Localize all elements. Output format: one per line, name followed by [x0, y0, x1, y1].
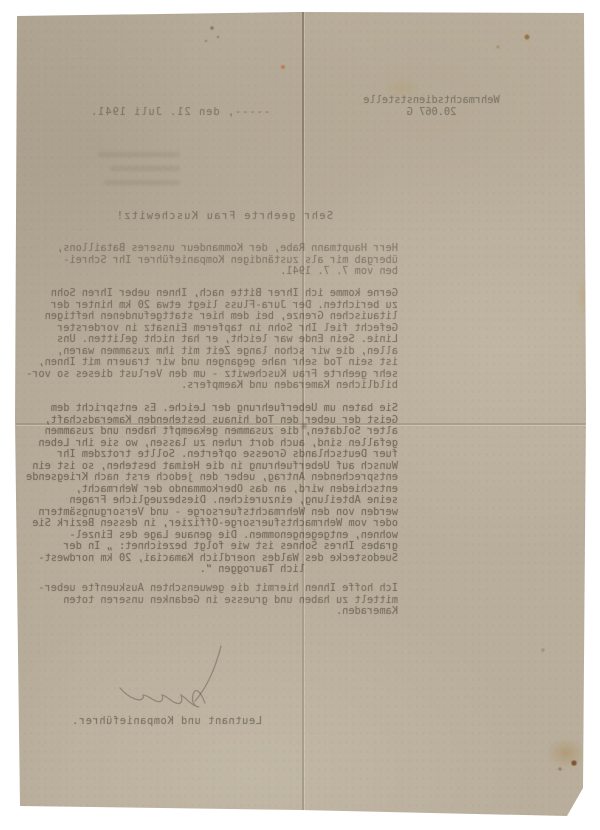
stain-spots — [0, 0, 600, 830]
photo-of-letter-back: Wehrmachtsdienststelle 20.067 G -----, d… — [0, 0, 600, 830]
letter-paper: Wehrmachtsdienststelle 20.067 G -----, d… — [0, 0, 600, 830]
